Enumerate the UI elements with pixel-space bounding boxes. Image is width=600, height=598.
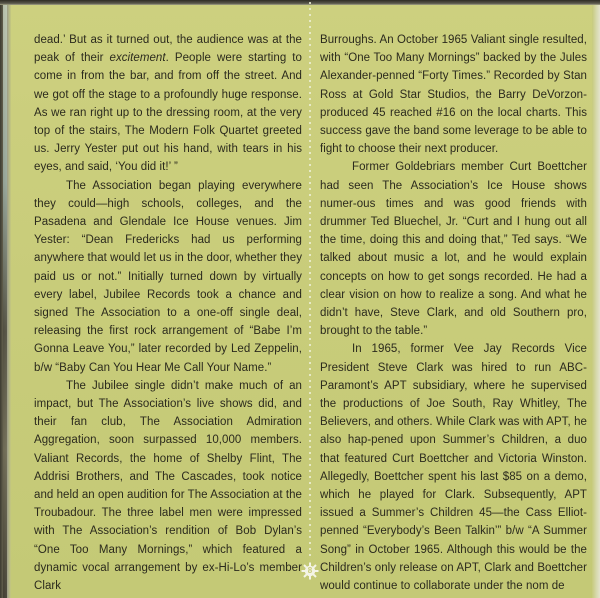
paragraph-text: Burroughs. An October 1965 Valiant singl… <box>320 34 587 155</box>
emphasis-text: excitement <box>110 52 166 64</box>
paragraph: In 1965, former Vee Jay Records Vice Pre… <box>320 340 587 595</box>
paragraph: The Jubilee single didn’t make much of a… <box>34 377 302 595</box>
paragraph: Former Goldebriars member Curt Boettcher… <box>320 158 587 340</box>
left-text-column: dead.’ But as it turned out, the audienc… <box>34 31 302 595</box>
paragraph-text: . People were starting to come in from t… <box>34 52 302 173</box>
page-number-badge: 8 <box>301 562 319 580</box>
left-photo-edge-highlight <box>3 5 7 598</box>
page-number: 8 <box>301 562 319 580</box>
paragraph-text: Former Goldebriars member Curt Boettcher… <box>320 161 587 337</box>
paragraph: The Association began playing everywhere… <box>34 177 302 377</box>
left-photo-edge <box>0 5 11 598</box>
right-page-edge <box>592 5 600 598</box>
booklet-page: dead.’ But as it turned out, the audienc… <box>0 0 600 598</box>
paragraph-text: The Association began playing everywhere… <box>34 180 302 374</box>
paragraph: dead.’ But as it turned out, the audienc… <box>34 31 302 177</box>
top-photo-strip <box>0 0 600 5</box>
paragraph: Burroughs. An October 1965 Valiant singl… <box>320 31 587 158</box>
paragraph-text: The Jubilee single didn’t make much of a… <box>34 380 302 592</box>
paragraph-text: In 1965, former Vee Jay Records Vice Pre… <box>320 343 587 592</box>
right-text-column: Burroughs. An October 1965 Valiant singl… <box>320 31 587 595</box>
dotted-column-divider <box>309 0 311 560</box>
